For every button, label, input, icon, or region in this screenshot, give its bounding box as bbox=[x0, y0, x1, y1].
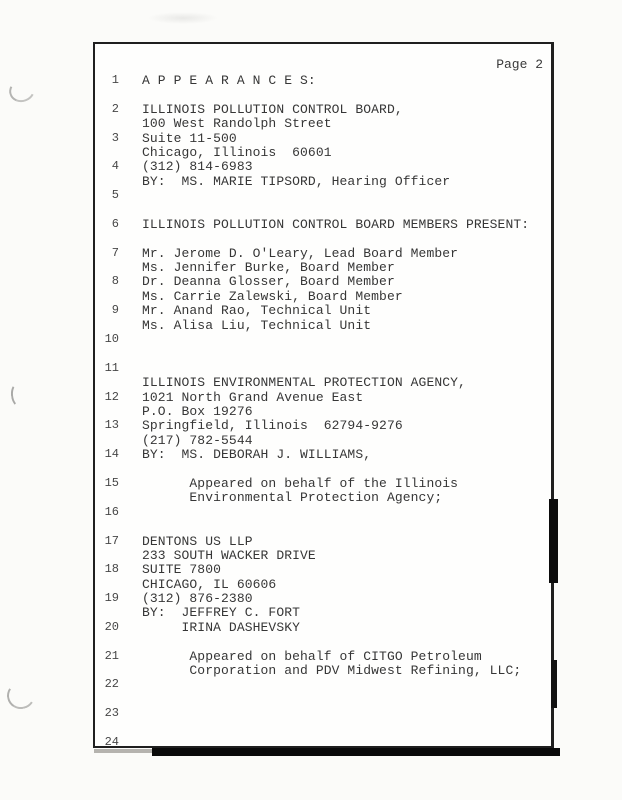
line-number: 23 bbox=[95, 706, 119, 720]
transcript-line: 14 BY: MS. DEBORAH J. WILLIAMS, bbox=[95, 447, 551, 461]
transcript-line: CHICAGO, IL 60606 bbox=[95, 577, 551, 591]
line-number: 9 bbox=[95, 303, 119, 317]
hole-punch-mark-top bbox=[6, 75, 38, 106]
transcript-line: 8 Dr. Deanna Glosser, Board Member bbox=[95, 274, 551, 288]
line-number: 8 bbox=[95, 274, 119, 288]
line-text: 1021 North Grand Avenue East bbox=[142, 390, 363, 405]
hole-punch-mark-bottom bbox=[4, 679, 37, 711]
transcript-line: 3 Suite 11-500 bbox=[95, 131, 551, 145]
transcript-line: 19 (312) 876-2380 bbox=[95, 591, 551, 605]
transcript-line: 5 bbox=[95, 188, 551, 202]
page-number-label: Page 2 bbox=[496, 57, 543, 72]
transcript-line: 233 SOUTH WACKER DRIVE bbox=[95, 548, 551, 562]
line-text: Mr. Jerome D. O'Leary, Lead Board Member bbox=[142, 246, 458, 261]
transcript-line bbox=[95, 87, 551, 101]
transcript-line bbox=[95, 203, 551, 217]
line-number: 15 bbox=[95, 476, 119, 490]
line-number: 19 bbox=[95, 591, 119, 605]
transcript-line: 15 Appeared on behalf of the Illinois bbox=[95, 476, 551, 490]
line-number: 21 bbox=[95, 649, 119, 663]
line-number: 12 bbox=[95, 390, 119, 404]
line-text: Chicago, Illinois 60601 bbox=[142, 145, 332, 160]
transcript-line: Chicago, Illinois 60601 bbox=[95, 145, 551, 159]
line-number: 20 bbox=[95, 620, 119, 634]
transcript-line: 100 West Randolph Street bbox=[95, 116, 551, 130]
scan-artifact-bar-right-upper bbox=[549, 499, 558, 583]
transcript-lines: 1 A P P E A R A N C E S: 2 ILLINOIS POLL… bbox=[95, 73, 551, 749]
transcript-line: ILLINOIS ENVIRONMENTAL PROTECTION AGENCY… bbox=[95, 375, 551, 389]
line-number: 2 bbox=[95, 102, 119, 116]
transcript-line bbox=[95, 231, 551, 245]
transcript-line: BY: JEFFREY C. FORT bbox=[95, 605, 551, 619]
line-number: 14 bbox=[95, 447, 119, 461]
line-text: ILLINOIS POLLUTION CONTROL BOARD MEMBERS… bbox=[142, 217, 529, 232]
line-text: 100 West Randolph Street bbox=[142, 116, 332, 131]
transcript-line: 22 bbox=[95, 677, 551, 691]
line-number: 24 bbox=[95, 735, 119, 749]
line-text: ILLINOIS POLLUTION CONTROL BOARD, bbox=[142, 102, 403, 117]
line-text: Corporation and PDV Midwest Refining, LL… bbox=[142, 663, 521, 678]
transcript-line: 21 Appeared on behalf of CITGO Petroleum bbox=[95, 649, 551, 663]
line-text: (312) 876-2380 bbox=[142, 591, 253, 606]
line-text: SUITE 7800 bbox=[142, 562, 221, 577]
line-text: A P P E A R A N C E S: bbox=[142, 73, 316, 88]
transcript-line bbox=[95, 519, 551, 533]
line-text: ILLINOIS ENVIRONMENTAL PROTECTION AGENCY… bbox=[142, 375, 466, 390]
transcript-line: 4 (312) 814-6983 bbox=[95, 159, 551, 173]
line-text: Appeared on behalf of CITGO Petroleum bbox=[142, 649, 482, 664]
line-text: 233 SOUTH WACKER DRIVE bbox=[142, 548, 316, 563]
scanned-transcript-page: Page 2 1 A P P E A R A N C E S: 2 ILLINO… bbox=[0, 0, 622, 800]
transcript-line: P.O. Box 19276 bbox=[95, 404, 551, 418]
line-text: Mr. Anand Rao, Technical Unit bbox=[142, 303, 371, 318]
transcript-line: 6 ILLINOIS POLLUTION CONTROL BOARD MEMBE… bbox=[95, 217, 551, 231]
line-number: 1 bbox=[95, 73, 119, 87]
scan-artifact-bar-right-lower bbox=[551, 660, 557, 708]
line-text: P.O. Box 19276 bbox=[142, 404, 253, 419]
line-text: Ms. Alisa Liu, Technical Unit bbox=[142, 318, 371, 333]
line-text: CHICAGO, IL 60606 bbox=[142, 577, 276, 592]
transcript-line bbox=[95, 346, 551, 360]
line-number: 16 bbox=[95, 505, 119, 519]
transcript-line: 7 Mr. Jerome D. O'Leary, Lead Board Memb… bbox=[95, 246, 551, 260]
line-text: Springfield, Illinois 62794-9276 bbox=[142, 418, 403, 433]
transcript-line: 17 DENTONS US LLP bbox=[95, 534, 551, 548]
line-text: Environmental Protection Agency; bbox=[142, 490, 442, 505]
transcript-line: Ms. Jennifer Burke, Board Member bbox=[95, 260, 551, 274]
line-number: 11 bbox=[95, 361, 119, 375]
transcript-line: Ms. Alisa Liu, Technical Unit bbox=[95, 318, 551, 332]
transcript-line: 2 ILLINOIS POLLUTION CONTROL BOARD, bbox=[95, 102, 551, 116]
transcript-line: 9 Mr. Anand Rao, Technical Unit bbox=[95, 303, 551, 317]
line-number: 10 bbox=[95, 332, 119, 346]
transcript-line: 23 bbox=[95, 706, 551, 720]
line-number: 18 bbox=[95, 562, 119, 576]
transcript-line: 10 bbox=[95, 332, 551, 346]
line-number: 17 bbox=[95, 534, 119, 548]
transcript-frame: Page 2 1 A P P E A R A N C E S: 2 ILLINO… bbox=[93, 42, 554, 748]
transcript-line: 1 A P P E A R A N C E S: bbox=[95, 73, 551, 87]
line-number: 7 bbox=[95, 246, 119, 260]
line-text: IRINA DASHEVSKY bbox=[142, 620, 300, 635]
line-text: (312) 814-6983 bbox=[142, 159, 253, 174]
transcript-line bbox=[95, 692, 551, 706]
transcript-line bbox=[95, 634, 551, 648]
line-text: (217) 782-5544 bbox=[142, 433, 253, 448]
line-number: 5 bbox=[95, 188, 119, 202]
transcript-line: 20 IRINA DASHEVSKY bbox=[95, 620, 551, 634]
transcript-line: 13 Springfield, Illinois 62794-9276 bbox=[95, 418, 551, 432]
line-number: 13 bbox=[95, 418, 119, 432]
line-text: Dr. Deanna Glosser, Board Member bbox=[142, 274, 395, 289]
transcript-line: (217) 782-5544 bbox=[95, 433, 551, 447]
scan-artifact-bar-bottom bbox=[152, 748, 560, 756]
line-number: 6 bbox=[95, 217, 119, 231]
scan-smudge bbox=[148, 12, 218, 24]
transcript-line: 12 1021 North Grand Avenue East bbox=[95, 390, 551, 404]
line-text: BY: JEFFREY C. FORT bbox=[142, 605, 300, 620]
transcript-line: Environmental Protection Agency; bbox=[95, 490, 551, 504]
transcript-line: 16 bbox=[95, 505, 551, 519]
line-text: Ms. Carrie Zalewski, Board Member bbox=[142, 289, 403, 304]
transcript-line bbox=[95, 721, 551, 735]
line-text: DENTONS US LLP bbox=[142, 534, 253, 549]
line-text: BY: MS. MARIE TIPSORD, Hearing Officer bbox=[142, 174, 450, 189]
line-number: 3 bbox=[95, 131, 119, 145]
transcript-line: Corporation and PDV Midwest Refining, LL… bbox=[95, 663, 551, 677]
transcript-line: 18 SUITE 7800 bbox=[95, 562, 551, 576]
line-number: 4 bbox=[95, 159, 119, 173]
line-text: BY: MS. DEBORAH J. WILLIAMS, bbox=[142, 447, 371, 462]
hole-punch-mark-middle bbox=[10, 382, 27, 407]
line-text: Ms. Jennifer Burke, Board Member bbox=[142, 260, 395, 275]
transcript-line: BY: MS. MARIE TIPSORD, Hearing Officer bbox=[95, 174, 551, 188]
scan-artifact-bar-bottom-faded bbox=[94, 749, 156, 753]
line-number: 22 bbox=[95, 677, 119, 691]
line-text: Appeared on behalf of the Illinois bbox=[142, 476, 458, 491]
line-text: Suite 11-500 bbox=[142, 131, 237, 146]
transcript-line: 11 bbox=[95, 361, 551, 375]
transcript-line: Ms. Carrie Zalewski, Board Member bbox=[95, 289, 551, 303]
transcript-line bbox=[95, 462, 551, 476]
